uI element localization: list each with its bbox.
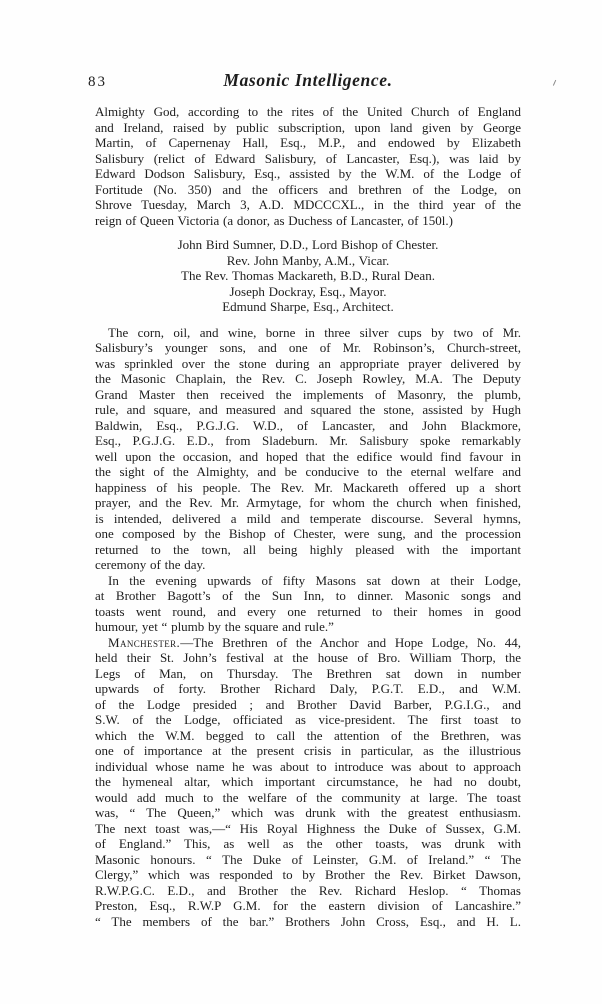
manchester-lead: Manchester. <box>108 635 180 650</box>
text-line: of the Lodge presided ; and Brother Davi… <box>95 697 521 713</box>
text-line: would add much to the welfare of the com… <box>95 790 521 806</box>
text-line: ceremony of the day. <box>95 557 521 573</box>
text-line: Martin, of Capernenay Hall, Esq., M.P., … <box>95 135 521 151</box>
running-title: Masonic Intelligence. <box>95 70 521 91</box>
text-line: Edmund Sharpe, Esq., Architect. <box>95 299 521 315</box>
text-line: is intended, delivered a mild and temper… <box>95 511 521 527</box>
text-line: rule, and square, and measured and squar… <box>95 402 521 418</box>
paragraph-manchester-lines: held their St. John’s festival at the ho… <box>95 650 521 929</box>
text-line: Salisbury’s younger sons, and one of Mr.… <box>95 340 521 356</box>
text-line: was, “ The Queen,” which was drunk with … <box>95 805 521 821</box>
paragraph-evening-dinner: In the evening upwards of fifty Masons s… <box>95 573 521 635</box>
text-line: reign of Queen Victoria (a donor, as Duc… <box>95 213 521 229</box>
text-line: returned to the town, all being highly p… <box>95 542 521 558</box>
text-line: was sprinkled over the stone during an a… <box>95 356 521 372</box>
text-line: Salisbury (relict of Edward Salisbury, o… <box>95 151 521 167</box>
text-line: Grand Master then received the implement… <box>95 387 521 403</box>
text-line: “ The members of the bar.” Brothers John… <box>95 914 521 930</box>
text-line: held their St. John’s festival at the ho… <box>95 650 521 666</box>
text-line: Baldwin, Esq., P.G.J.G. W.D., of Lancast… <box>95 418 521 434</box>
text-line: humour, yet “ plumb by the square and ru… <box>95 619 521 635</box>
text-line: Shrove Tuesday, March 3, A.D. MDCCCXL., … <box>95 197 521 213</box>
text-line: happiness of his people. The Rev. Mr. Ma… <box>95 480 521 496</box>
text-line: The Rev. Thomas Mackareth, B.D., Rural D… <box>95 268 521 284</box>
text-line: of England.” This, as well as the other … <box>95 836 521 852</box>
text-line: The corn, oil, and wine, borne in three … <box>95 325 521 341</box>
text-line: Masonic honours. “ The Duke of Leinster,… <box>95 852 521 868</box>
text-line: one of importance at the present crisis … <box>95 743 521 759</box>
text-line: the Masonic Chaplain, the Rev. C. Joseph… <box>95 371 521 387</box>
text-line: toasts went round, and every one returne… <box>95 604 521 620</box>
manchester-first-line-rest: —The Brethren of the Anchor and Hope Lod… <box>180 635 521 650</box>
text-line: Joseph Dockray, Esq., Mayor. <box>95 284 521 300</box>
text-line: John Bird Sumner, D.D., Lord Bishop of C… <box>95 237 521 253</box>
scan-speck <box>553 80 557 86</box>
text-line: Fortitude (No. 350) and the officers and… <box>95 182 521 198</box>
page-body: Almighty God, according to the rites of … <box>95 104 521 929</box>
text-line: the hymeneal altar, which important circ… <box>95 774 521 790</box>
attendees-list: John Bird Sumner, D.D., Lord Bishop of C… <box>95 237 521 315</box>
text-line: In the evening upwards of fifty Masons s… <box>95 573 521 589</box>
text-line: Preston, Esq., R.W.P G.M. for the easter… <box>95 898 521 914</box>
text-line: one composed by the Bishop of Chester, w… <box>95 526 521 542</box>
text-line: upwards of forty. Brother Richard Daly, … <box>95 681 521 697</box>
text-line: the sight of the Almighty, and be conduc… <box>95 464 521 480</box>
text-line: The next toast was,—“ His Royal Highness… <box>95 821 521 837</box>
text-line: Legs of Man, on Thursday. The Brethren s… <box>95 666 521 682</box>
text-line: Esq., P.G.J.G. E.D., from Sladeburn. Mr.… <box>95 433 521 449</box>
text-line: prayer, and the Rev. Mr. Armytage, for w… <box>95 495 521 511</box>
text-line: well upon the occasion, and hoped that t… <box>95 449 521 465</box>
scanned-document-page: 83 Masonic Intelligence. Almighty God, a… <box>0 0 602 1004</box>
text-line: and Ireland, raised by public subscripti… <box>95 120 521 136</box>
paragraph-manchester: Manchester.—The Brethren of the Anchor a… <box>95 635 521 930</box>
text-line: at Brother Bagott’s of the Sun Inn, to d… <box>95 588 521 604</box>
text-line: S.W. of the Lodge, officiated as vice-pr… <box>95 712 521 728</box>
text-line: R.W.P.G.C. E.D., and Brother the Rev. Ri… <box>95 883 521 899</box>
text-line: Rev. John Manby, A.M., Vicar. <box>95 253 521 269</box>
text-line: Edward Dodson Salisbury, Esq., assisted … <box>95 166 521 182</box>
text-line: Manchester.—The Brethren of the Anchor a… <box>95 635 521 651</box>
paragraph-ceremony: The corn, oil, and wine, borne in three … <box>95 325 521 573</box>
paragraph-consecration: Almighty God, according to the rites of … <box>95 104 521 228</box>
text-line: individual whose name he was about to in… <box>95 759 521 775</box>
text-line: Almighty God, according to the rites of … <box>95 104 521 120</box>
text-line: Clergy,” which was responded to by Broth… <box>95 867 521 883</box>
text-line: which the W.M. begged to call the attent… <box>95 728 521 744</box>
